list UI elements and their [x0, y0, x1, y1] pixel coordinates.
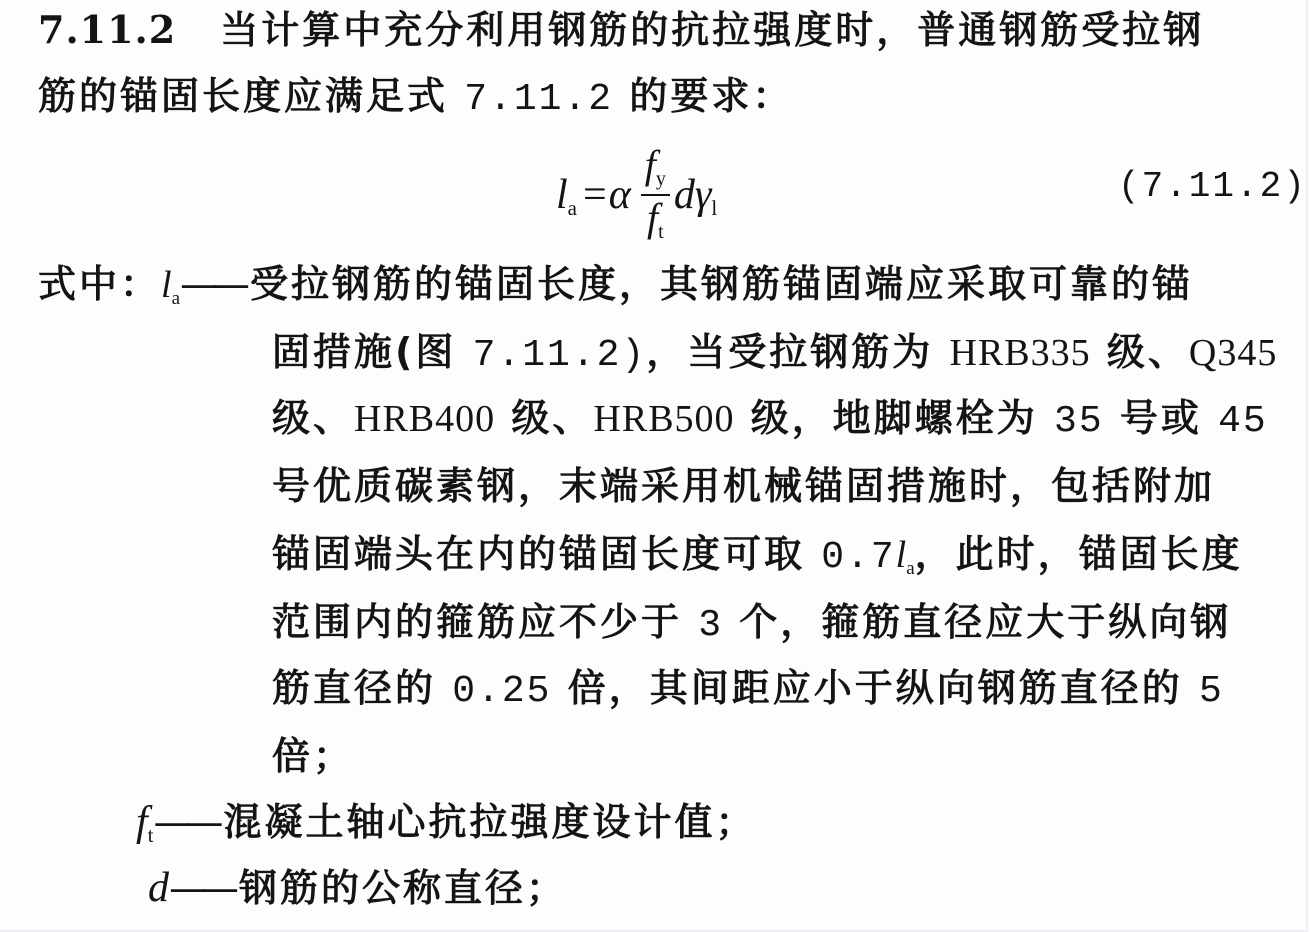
steel-grade: HRB335 — [950, 332, 1091, 374]
definition-dash: —— — [180, 262, 244, 306]
document-page: 7.11.2当计算中充分利用钢筋的抗拉强度时，普通钢筋受拉钢 筋的锚固长度应满足… — [0, 0, 1308, 932]
clause-intro-line-1: 7.11.2当计算中充分利用钢筋的抗拉强度时，普通钢筋受拉钢 — [38, 8, 1204, 52]
definition-la-line-3: 级、HRB400 级、HRB500 级，地脚螺栓为 35 号或 45 — [272, 396, 1268, 444]
formula-equals: = — [583, 171, 607, 219]
definition-la-line-5: 锚固端头在内的锚固长度可取 0.7la，此时，锚固长度 — [272, 532, 1243, 584]
formula-gamma: γl — [695, 171, 717, 219]
figure-reference: 7.11.2) — [473, 334, 647, 377]
definition-text: 钢筋的公称直径； — [239, 866, 567, 910]
equation-reference: 7.11.2 — [464, 78, 613, 121]
symbol-la: la — [161, 264, 180, 306]
definition-la-line-6: 范围内的箍筋应不少于 3 个，箍筋直径应大于纵向钢 — [272, 600, 1231, 648]
where-label: 式中： — [38, 262, 161, 306]
definition-text: 混凝土轴心抗拉强度设计值； — [224, 800, 757, 844]
steel-grade: Q345 — [1189, 332, 1277, 374]
clause-intro-line-2: 筋的锚固长度应满足式 7.11.2 的要求： — [38, 74, 793, 122]
definition-ft: ft——混凝土轴心抗拉强度设计值； — [136, 800, 757, 850]
definition-la-line-8: 倍； — [272, 734, 354, 778]
definition-la-line-7: 筋直径的 0.25 倍，其间距应小于纵向钢筋直径的 5 — [272, 666, 1224, 714]
fraction-numerator: fy — [641, 145, 670, 196]
formula-lhs: la — [556, 171, 577, 219]
definition-text: 受拉钢筋的锚固长度，其钢筋锚固端应采取可靠的锚 — [250, 262, 1193, 306]
clause-intro-text: 当计算中充分利用钢筋的抗拉强度时，普通钢筋受拉钢 — [220, 8, 1204, 52]
anchorage-length-formula: la = α fy ft d γl — [556, 150, 717, 240]
fraction-denominator: ft — [647, 196, 664, 245]
clause-intro-text-b: 的要求： — [629, 74, 793, 118]
steel-grade: HRB400 — [354, 398, 495, 440]
symbol-ft: ft — [136, 799, 154, 845]
definition-la-line-2: 固措施(图 7.11.2)，当受拉钢筋为 HRB335 级、Q345 — [272, 330, 1277, 378]
definition-la-line-4: 号优质碳素钢，末端采用机械锚固措施时，包括附加 — [272, 464, 1215, 508]
formula-fraction: fy ft — [641, 145, 670, 245]
formula-d: d — [674, 171, 695, 219]
definition-la-line-1: 式中：la——受拉钢筋的锚固长度，其钢筋锚固端应采取可靠的锚 — [38, 262, 1193, 314]
symbol-d: d — [148, 865, 169, 911]
symbol-la-inline: la — [896, 534, 915, 576]
clause-intro-text-a: 筋的锚固长度应满足式 — [38, 74, 448, 118]
equation-number: (7.11.2) — [1118, 166, 1307, 207]
definition-d: d——钢筋的公称直径； — [148, 866, 567, 910]
formula-alpha: α — [609, 171, 631, 219]
clause-number: 7.11.2 — [38, 7, 176, 52]
steel-grade: HRB500 — [593, 398, 734, 440]
